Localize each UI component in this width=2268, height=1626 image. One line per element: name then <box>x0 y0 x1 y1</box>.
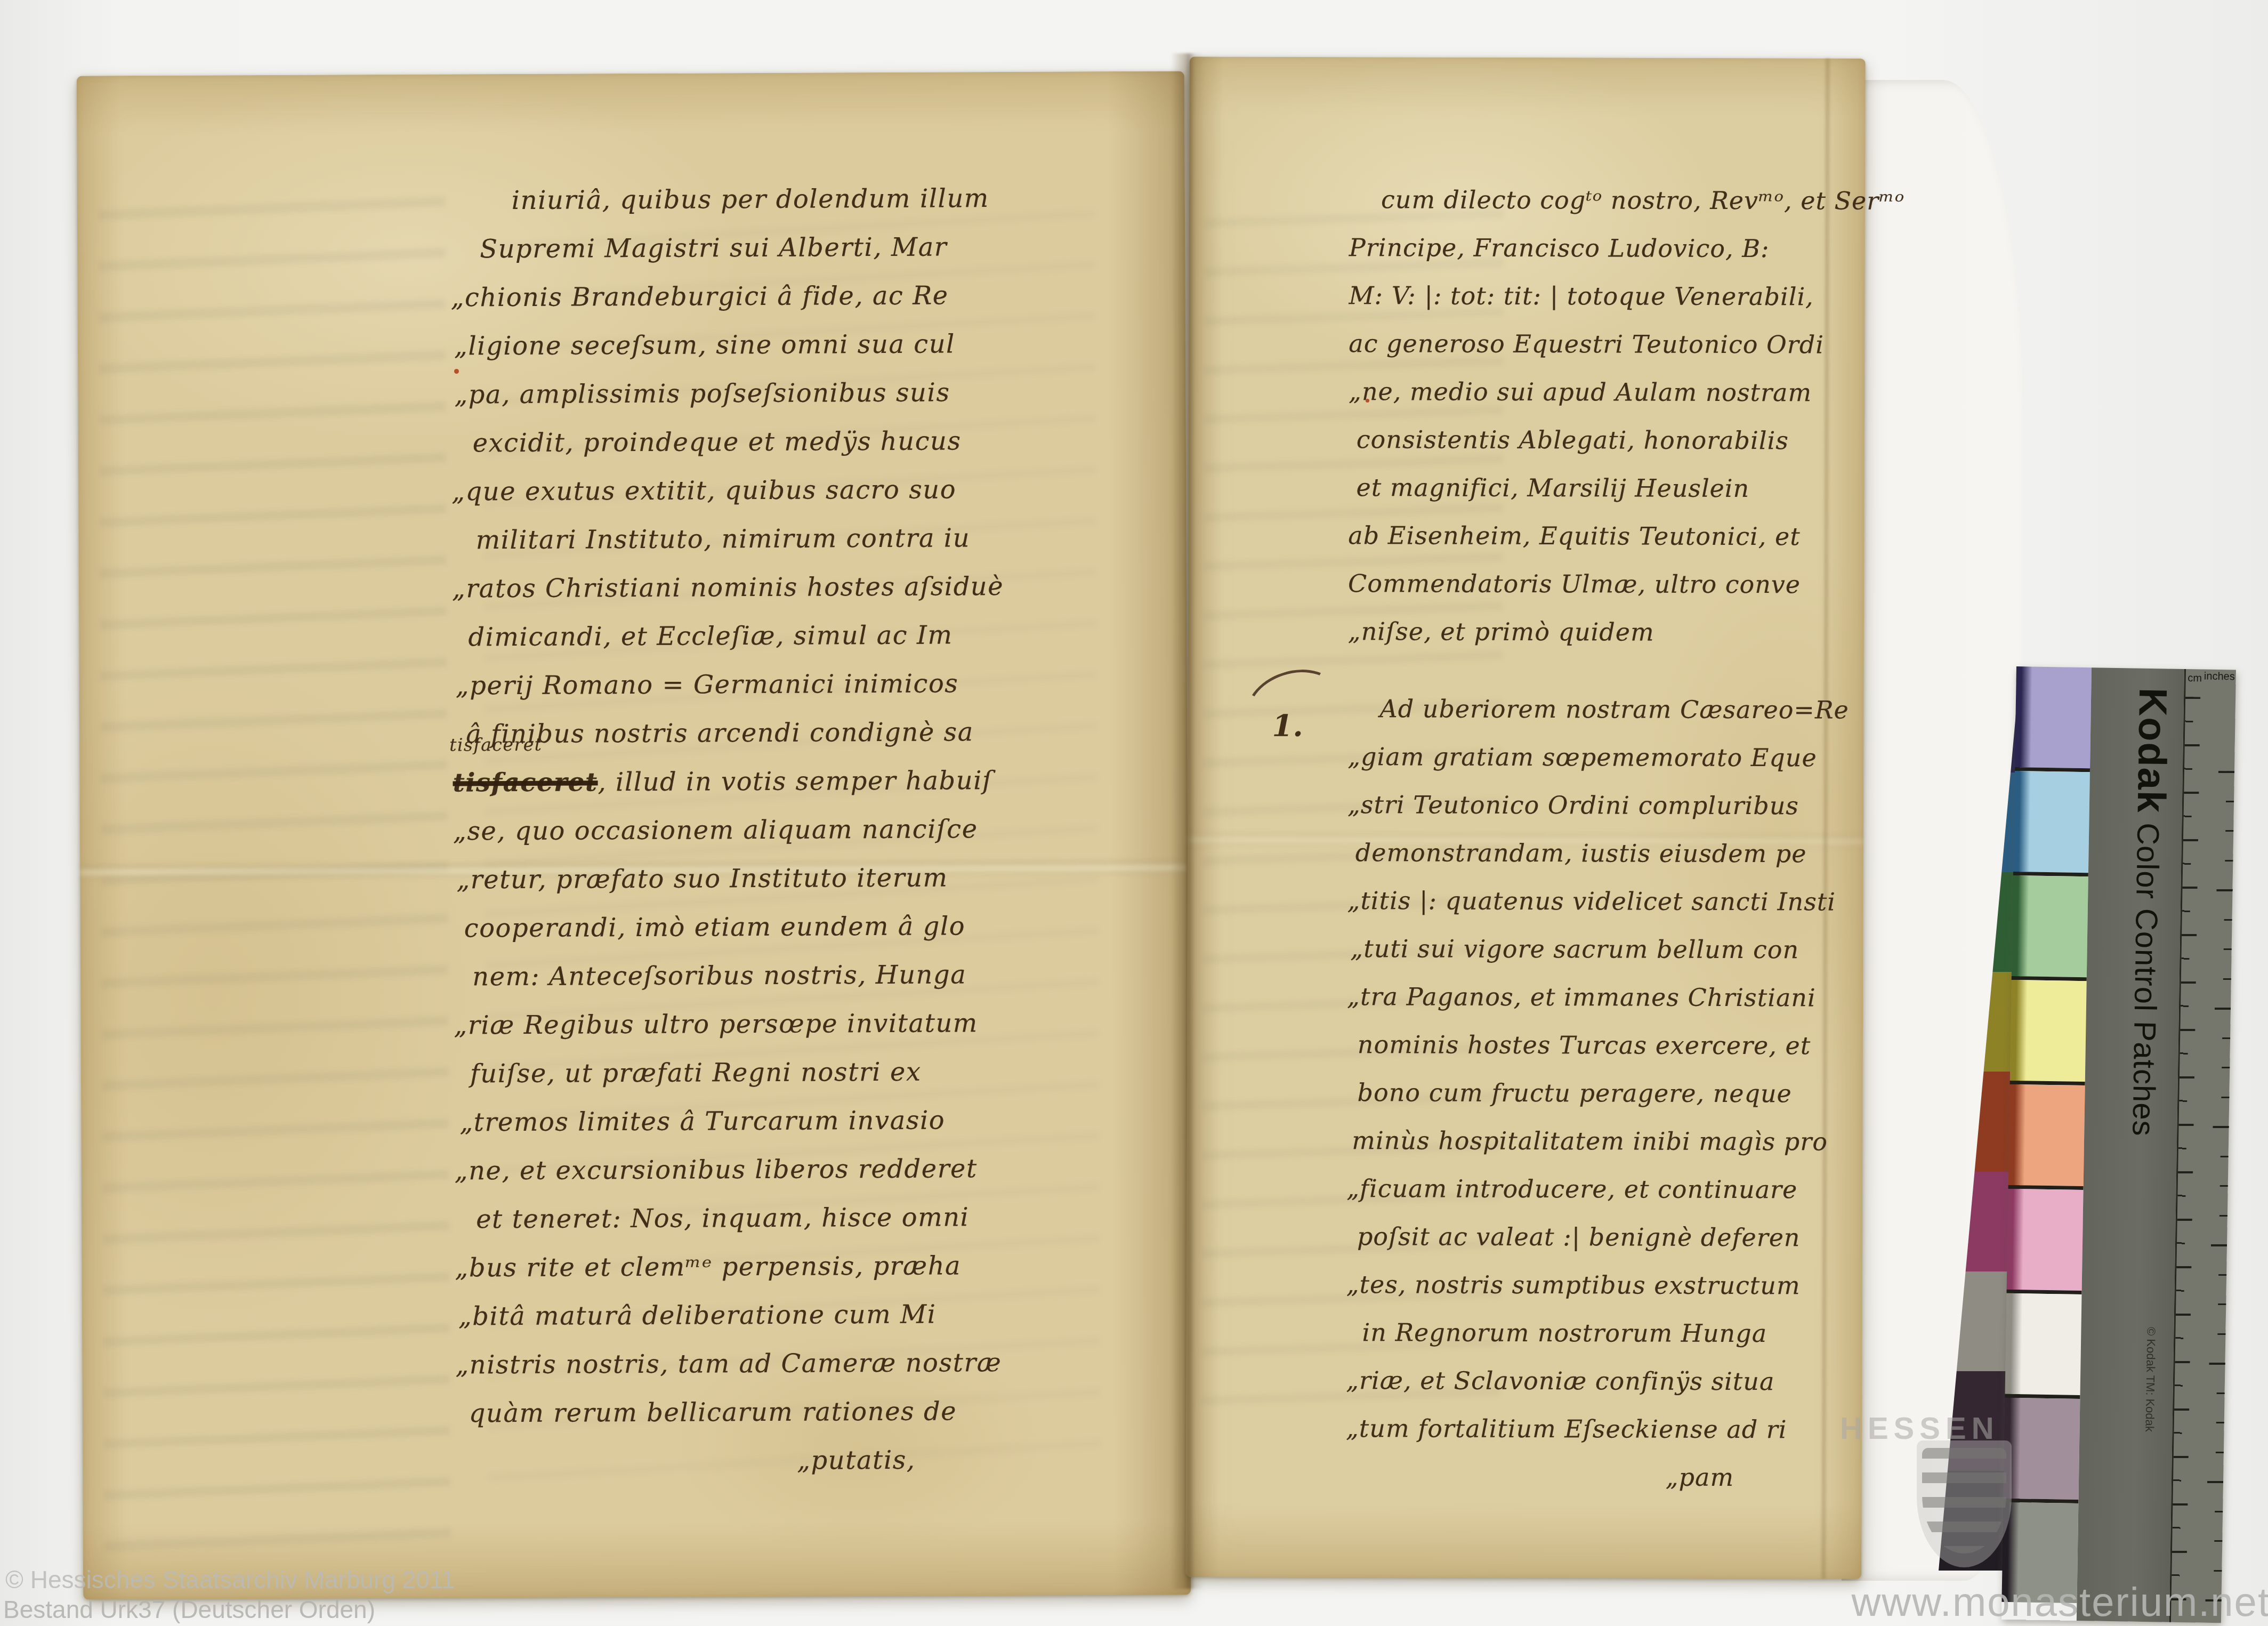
manuscript-line: „pa, amplissimis poſseſsionibus suis <box>454 368 1080 419</box>
section-number: 1. <box>1272 709 1303 744</box>
ruler-cm-unit: cm <box>2188 672 2202 685</box>
kodak-color-control-strip: Kodak Color Control Patches © Kodak TM: … <box>2001 666 2236 1623</box>
line-text: in Regnorum nostrorum Hunga <box>1362 1318 1767 1348</box>
line-text: „perij Romano = Germanici inimicos <box>456 669 959 701</box>
manuscript-line: „nistris nostris, tam ad Cameræ nostræ <box>455 1338 1084 1389</box>
ink-fleck <box>1366 399 1369 403</box>
manuscript-line: „retur, præfato suo Instituto iterum <box>456 853 1082 904</box>
manuscript-line: dimicandi, et Eccleſiæ, simul ac Im <box>468 610 1081 662</box>
manuscript-line: nem: Anteceſsoribus nostris, Hunga <box>472 950 1083 1001</box>
manuscript-line: ac generoso Equestri Teutonico Ordi <box>1349 319 1887 369</box>
line-text: „pa, amplissimis poſseſsionibus suis <box>454 377 950 409</box>
manuscript-line: „tremos limites â Turcarum invasio <box>459 1096 1083 1147</box>
line-text: Ad uberiorem nostram Cæsareo=Re <box>1379 694 1849 724</box>
manuscript-line: „chionis Brandeburgici â fide, ac Re <box>450 271 1079 322</box>
manuscript-line: demonstrandam, iustis eiusdem pe <box>1355 828 1886 878</box>
manuscript-line: minùs hospitalitatem inibi magìs pro <box>1352 1116 1885 1166</box>
line-text: „stri Teutonico Ordini compluribus <box>1347 790 1799 820</box>
line-text: ac generoso Equestri Teutonico Ordi <box>1349 329 1824 359</box>
manuscript-line: cum dilecto cogᵗᵒ nostro, Revᵐᵒ, et Serᵐ… <box>1381 175 1887 224</box>
manuscript-line: Supremi Magistri sui Alberti, Mar <box>480 222 1079 273</box>
line-text: fuiſse, ut præfati Regni nostri ex <box>470 1057 922 1089</box>
manuscript-line: nominis hostes Turcas exercere, et <box>1358 1020 1885 1070</box>
monasterium-watermark: www.monasterium.net <box>1851 1579 2268 1625</box>
kodak-title: Kodak Color Control Patches <box>2124 687 2176 1137</box>
manuscript-line: „riæ Regibus ultro persœpe invitatum <box>454 999 1083 1050</box>
line-text: et magnifici, Marsilij Heuslein <box>1357 473 1750 503</box>
color-patch <box>2013 771 2090 876</box>
manuscript-line: „ne, et excursionibus liberos redderet <box>455 1144 1084 1195</box>
manuscript-line: bono cum fructu peragere, neque <box>1358 1068 1885 1118</box>
line-text: dimicandi, et Eccleſiæ, simul ac Im <box>468 620 953 652</box>
line-text: „ligione seceſsum, sine omni sua cul <box>454 329 955 361</box>
line-text: „tuti sui vigore sacrum bellum con <box>1350 934 1799 964</box>
color-patch <box>2015 666 2092 772</box>
line-text: cooperandi, imò etiam eundem â glo <box>464 911 966 943</box>
copyright-watermark-line2: Bestand Urk37 (Deutscher Orden) <box>3 1595 375 1624</box>
manuscript-line: â finibus nostris arcendi condignè sa <box>466 707 1081 759</box>
manuscript-line: „tra Paganos, et immanes Christiani <box>1347 972 1885 1022</box>
inserted-correction: tisfaceret <box>449 735 542 755</box>
line-text: nem: Anteceſsoribus nostris, Hunga <box>472 960 966 992</box>
line-text: excidit, proindeque et medÿs hucus <box>473 426 962 458</box>
line-text: „giam gratiam sœpememorato Eque <box>1347 742 1817 772</box>
manuscript-line: quàm rerum bellicarum rationes de <box>469 1387 1085 1438</box>
line-text: consistentis Ablegati, honorabilis <box>1357 425 1789 455</box>
line-text: „ne, medio sui apud Aulam nostram <box>1349 377 1812 407</box>
kodak-title-text: Color Control Patches <box>2126 814 2166 1137</box>
manuscript-line: „bitâ maturâ deliberatione cum Mi <box>458 1290 1084 1341</box>
manuscript-line: tisfacerettisfaceret, illud in votis sem… <box>453 756 1081 807</box>
manuscript-line: „perij Romano = Germanici inimicos <box>456 659 1081 710</box>
line-text: „ficuam introducere, et continuare <box>1346 1174 1797 1204</box>
manuscript-page-right: 1. cum dilecto cogᵗᵒ nostro, Revᵐᵒ, et S… <box>1185 57 1865 1579</box>
line-text: M: V: |: tot: tit: | totoque Venerabili, <box>1349 281 1813 311</box>
kodak-fine-print: © Kodak TM: Kodak <box>2142 1327 2158 1432</box>
handwritten-text-right: cum dilecto cogᵗᵒ nostro, Revᵐᵒ, et Serᵐ… <box>1346 175 1888 1502</box>
manuscript-line: et teneret: Nos, inquam, hisce omni <box>476 1193 1084 1244</box>
line-text: „niſse, et primò quidem <box>1348 617 1654 647</box>
line-text: „retur, præfato suo Instituto iterum <box>456 863 948 895</box>
color-patch <box>2012 875 2088 981</box>
line-text: Supremi Magistri sui Alberti, Mar <box>480 232 947 264</box>
color-patch <box>2003 1398 2080 1503</box>
manuscript-page-left: iniuriâ, quibus per dolendum illumSuprem… <box>77 71 1191 1599</box>
line-text: iniuriâ, quibus per dolendum illum <box>512 183 989 215</box>
manuscript-line: „tum fortalitium Eſseckiense ad ri <box>1346 1404 1884 1454</box>
manuscript-line: fuiſse, ut præfati Regni nostri ex <box>470 1047 1083 1098</box>
manuscript-line: M: V: |: tot: tit: | totoque Venerabili, <box>1349 271 1887 321</box>
line-text: et teneret: Nos, inquam, hisce omni <box>476 1202 970 1234</box>
line-text: „bus rite et clemᵐᵉ perpensis, præha <box>455 1251 961 1283</box>
manuscript-line: „putatis, <box>797 1435 1085 1485</box>
manuscript-line: „tuti sui vigore sacrum bellum con <box>1350 924 1885 974</box>
manuscript-line: ab Eisenheim, Equitis Teutonici, et <box>1348 511 1886 561</box>
scanned-document: iniuriâ, quibus per dolendum illumSuprem… <box>0 0 2268 1626</box>
line-text: militari Instituto, nimirum contra iu <box>475 523 970 555</box>
color-patch <box>2008 1084 2085 1190</box>
line-text: „se, quo occasionem aliquam nanciſce <box>453 814 978 846</box>
line-text: „riæ Regibus ultro persœpe invitatum <box>454 1008 978 1040</box>
kodak-patches <box>2001 666 2092 1621</box>
manuscript-line: „pam <box>1666 1453 1884 1502</box>
struck-word: tisfaceret <box>453 767 598 798</box>
ink-fleck <box>454 369 459 374</box>
line-text: quàm rerum bellicarum rationes de <box>469 1396 957 1428</box>
color-patch <box>2010 980 2087 1085</box>
kodak-label-band: Kodak Color Control Patches © Kodak TM: … <box>2077 667 2184 1622</box>
line-text: „que exutus extitit, quibus sacro suo <box>451 474 956 506</box>
line-text: „tes, nostris sumptibus exstructum <box>1346 1270 1801 1300</box>
line-text: „nistris nostris, tam ad Cameræ nostræ <box>455 1348 1002 1380</box>
line-text: poſsit ac valeat :| benignè deferen <box>1357 1222 1801 1252</box>
center-fold-gutter <box>1171 53 1204 1589</box>
line-text: „tum fortalitium Eſseckiense ad ri <box>1346 1414 1787 1444</box>
line-text: ab Eisenheim, Equitis Teutonici, et <box>1348 521 1800 551</box>
manuscript-line: „se, quo occasionem aliquam nanciſce <box>453 804 1082 856</box>
manuscript-line: „stri Teutonico Ordini compluribus <box>1347 780 1886 830</box>
kodak-brand: Kodak <box>2129 687 2176 814</box>
manuscript-line: „riæ, et Sclavoniæ confinÿs situa <box>1346 1356 1884 1406</box>
color-patch <box>2007 1189 2084 1294</box>
line-text: „bitâ maturâ deliberatione cum Mi <box>458 1300 937 1332</box>
line-text: „ne, et excursionibus liberos redderet <box>455 1154 978 1186</box>
line-text: „riæ, et Sclavoniæ confinÿs situa <box>1346 1366 1774 1396</box>
manuscript-line: „titis |: quatenus videlicet sancti Inst… <box>1347 876 1885 926</box>
handwritten-text-left: iniuriâ, quibus per dolendum illumSuprem… <box>450 174 1085 1486</box>
manuscript-line: Ad uberiorem nostram Cæsareo=Re <box>1379 685 1886 734</box>
color-patch <box>2005 1293 2081 1399</box>
manuscript-line: Principe, Francisco Ludovico, B: <box>1349 223 1887 273</box>
line-text: nominis hostes Turcas exercere, et <box>1358 1030 1811 1060</box>
line-text: minùs hospitalitatem inibi magìs pro <box>1352 1126 1828 1156</box>
copyright-watermark-line1: © Hessisches Staatsarchiv Marburg 2011 <box>5 1565 455 1594</box>
manuscript-line: „niſse, et primò quidem <box>1348 607 1886 657</box>
ruler-inch-major-ticks <box>2205 771 2234 1621</box>
manuscript-line: „ficuam introducere, et continuare <box>1346 1164 1885 1214</box>
manuscript-line: „giam gratiam sœpememorato Eque <box>1347 732 1886 782</box>
line-text: , illud in votis semper habuiſ <box>598 766 992 797</box>
line-text: „pam <box>1666 1463 1734 1492</box>
manuscript-line: militari Instituto, nimirum contra iu <box>475 513 1080 565</box>
manuscript-line: „ne, medio sui apud Aulam nostram <box>1349 367 1887 417</box>
manuscript-line: iniuriâ, quibus per dolendum illum <box>512 174 1079 225</box>
manuscript-line: „bus rite et clemᵐᵉ perpensis, præha <box>455 1241 1084 1292</box>
manuscript-line: „ratos Christiani nominis hostes aſsiduè <box>452 562 1081 613</box>
line-text: „tremos limites â Turcarum invasio <box>459 1105 945 1137</box>
manuscript-line: cooperandi, imò etiam eundem â glo <box>464 901 1083 953</box>
manuscript-line: consistentis Ablegati, honorabilis <box>1357 415 1887 465</box>
line-text: „ratos Christiani nominis hostes aſsiduè <box>452 571 1004 604</box>
line-text: „titis |: quatenus videlicet sancti Inst… <box>1347 886 1836 916</box>
manuscript-line: excidit, proindeque et medÿs hucus <box>473 416 1080 468</box>
line-text: Commendatoris Ulmæ, ultro conve <box>1348 569 1801 599</box>
ruler-inch-unit: inches <box>2204 671 2235 683</box>
line-text: bono cum fructu peragere, neque <box>1358 1078 1792 1108</box>
line-text: „putatis, <box>797 1445 916 1476</box>
line-text: „chionis Brandeburgici â fide, ac Re <box>450 280 948 312</box>
manuscript-line: „tes, nostris sumptibus exstructum <box>1346 1260 1885 1310</box>
manuscript-line: Commendatoris Ulmæ, ultro conve <box>1348 559 1886 609</box>
line-text: demonstrandam, iustis eiusdem pe <box>1355 838 1807 868</box>
manuscript-line: „que exutus extitit, quibus sacro suo <box>451 465 1080 516</box>
manuscript-line: in Regnorum nostrorum Hunga <box>1362 1308 1884 1358</box>
line-text: Principe, Francisco Ludovico, B: <box>1349 233 1770 263</box>
line-text: cum dilecto cogᵗᵒ nostro, Revᵐᵒ, et Serᵐ… <box>1381 185 1904 215</box>
manuscript-line: „ligione seceſsum, sine omni sua cul <box>454 319 1080 371</box>
line-text: „tra Paganos, et immanes Christiani <box>1347 982 1816 1012</box>
manuscript-line: et magnifici, Marsilij Heuslein <box>1357 463 1887 513</box>
manuscript-line: poſsit ac valeat :| benignè deferen <box>1357 1212 1885 1262</box>
